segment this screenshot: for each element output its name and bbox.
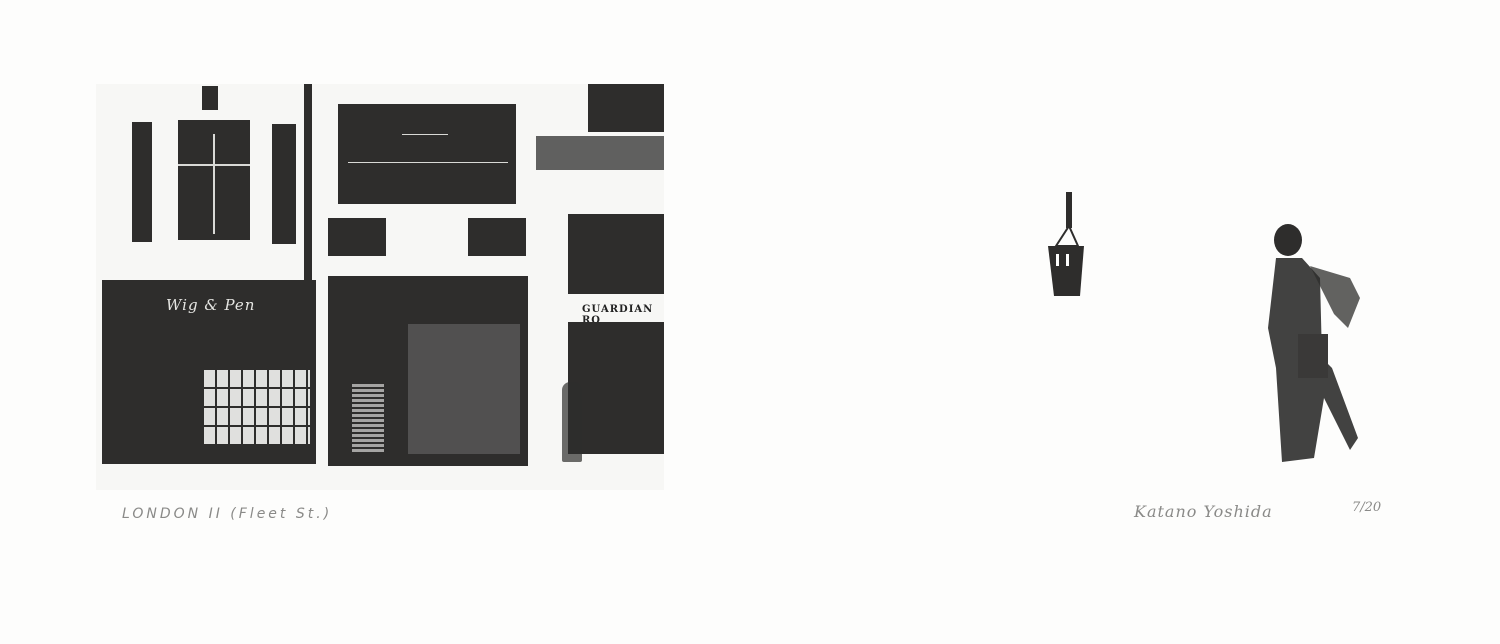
guardian-panel-upper — [568, 214, 664, 294]
pedestrian-small — [562, 382, 582, 462]
shop-window-lattice — [408, 324, 520, 454]
edition-number: 7/20 — [1352, 500, 1381, 515]
pub-window-prints — [204, 368, 310, 444]
shutter-right — [272, 124, 296, 244]
etching-street-facade: GUARDIAN RO Wig & Pen — [96, 84, 664, 490]
walking-man-figure — [1262, 218, 1366, 474]
shutter-left — [132, 122, 152, 242]
pub-sign: Wig & Pen — [166, 296, 255, 314]
small-window-left — [328, 218, 386, 256]
guardian-panel-lower — [568, 322, 664, 454]
shop-door-shutter — [352, 384, 384, 454]
upper-window-middle-building — [338, 104, 516, 204]
hanging-lantern-icon — [1044, 190, 1088, 300]
cornice — [536, 136, 664, 170]
upper-window-right-building — [588, 84, 664, 132]
lantern-top — [202, 86, 218, 110]
print-title-caption: LONDON II (Fleet St.) — [122, 506, 332, 522]
pillar — [304, 84, 312, 294]
small-window-right — [468, 218, 526, 256]
artist-signature: Katano Yoshida — [1134, 502, 1273, 521]
